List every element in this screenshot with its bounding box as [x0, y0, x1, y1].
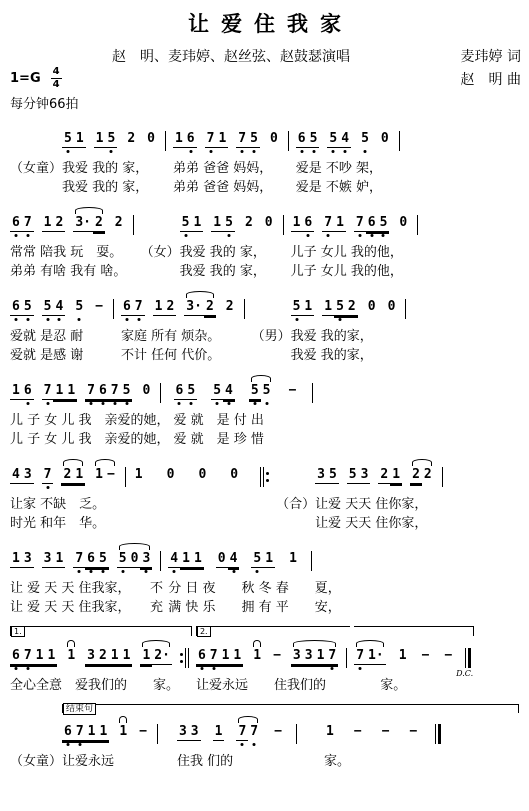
note: 0: [366, 299, 378, 314]
note: 3: [291, 648, 303, 663]
lyric-line: 我爱 我的家，: [252, 346, 410, 365]
measures-row: 67111−（女童）让爱永远33177−住我 们的1−−−家。: [10, 715, 525, 771]
note-group: 54: [42, 299, 66, 316]
measure: 1671750弟弟 爸爸 妈妈，弟弟 爸爸 妈妈，: [173, 122, 292, 197]
beam-group: 7: [354, 215, 366, 232]
beam-group: 51: [62, 131, 86, 148]
beam-group: 16: [291, 215, 315, 232]
note: 4: [168, 551, 180, 566]
note: 1: [291, 215, 303, 230]
note-group: 22: [410, 467, 434, 484]
low-octave-dot: [145, 570, 148, 573]
note-group: −: [407, 724, 419, 740]
barline: [260, 467, 269, 487]
beam-group: 2·: [152, 648, 172, 665]
note-group: 0: [140, 383, 152, 399]
note: 7: [42, 383, 54, 398]
note-group: 54: [327, 131, 351, 148]
note: −: [420, 648, 432, 663]
note: −: [380, 724, 392, 739]
beam-group: 7: [236, 724, 248, 741]
note: 0: [129, 551, 141, 566]
note-group: 67: [121, 299, 145, 316]
lyric-line: 爱是 不吵 架，: [296, 159, 403, 178]
low-octave-dot: [26, 402, 29, 405]
barline: [417, 215, 418, 235]
note-group: 1: [117, 724, 129, 740]
beam-group: 2: [224, 299, 236, 315]
tie-arc: [67, 640, 75, 647]
note: 2: [93, 215, 105, 230]
measures-row: 67123·22常常 陪我 玩 耍。弟弟 有啥 我有 啥。511520（女）我爱…: [10, 206, 525, 281]
note: 1: [287, 551, 299, 566]
note-group: 0: [397, 215, 409, 231]
note-group: 0: [263, 215, 275, 231]
note: 6: [366, 215, 378, 230]
note: 0: [196, 467, 208, 482]
note: 7: [354, 648, 366, 663]
lyric-line: （女童）我爱 我的 家，: [10, 159, 169, 178]
low-octave-dot: [358, 234, 361, 237]
beam-group: −: [352, 724, 364, 740]
measure: 655450爱是 不吵 架，爱是 不嫉 妒，: [296, 122, 403, 197]
note: 3: [22, 551, 34, 566]
performers: 赵 明、麦玮婷、赵丝弦、赵鼓瑟演唱: [112, 46, 350, 66]
note: 7: [109, 383, 121, 398]
credits-row-1: 赵 明、麦玮婷、赵丝弦、赵鼓瑟演唱 麦玮婷 词: [0, 46, 529, 66]
note: 3·: [184, 299, 204, 314]
note-group: 12·: [140, 648, 171, 665]
beam-group: 5: [211, 383, 223, 400]
note-group: 13: [10, 551, 34, 568]
barline: [160, 383, 161, 403]
note-group: 5: [359, 131, 371, 147]
beam-group: 65: [174, 383, 198, 400]
beam-group: 1: [324, 724, 336, 740]
measure: 437211−让家 不缺 乏。时光 和年 华。: [10, 458, 129, 533]
low-octave-dot: [253, 402, 256, 405]
note: −: [272, 724, 284, 739]
barline-stroke: [465, 648, 466, 668]
low-octave-dot: [232, 570, 235, 573]
barline: [165, 131, 166, 151]
low-octave-dot: [14, 234, 17, 237]
low-octave-dot: [327, 234, 330, 237]
note: 3: [315, 467, 327, 482]
note: −: [352, 724, 364, 739]
lyric-line: 家庭 所有 烦杂。: [121, 327, 248, 346]
notes-row: 511520: [141, 206, 287, 235]
note: −: [271, 648, 283, 663]
note-group: −: [352, 724, 364, 740]
barline-stroke: [442, 467, 443, 487]
beam-group: 11: [180, 551, 204, 568]
barline-stroke: [288, 131, 289, 151]
note-group: 71: [205, 131, 229, 148]
note-group: 15: [211, 215, 235, 232]
beam-group: 6711: [62, 724, 109, 741]
beam-group: 4: [223, 383, 235, 400]
beam-group: −: [272, 724, 284, 740]
note-group: 16: [173, 131, 197, 148]
note-group: −: [287, 383, 299, 399]
note: 1: [45, 648, 57, 663]
notes-row: 67123·22: [121, 290, 248, 319]
note: 1: [211, 215, 223, 230]
time-signature-top: 4: [51, 67, 62, 79]
note: 1: [74, 131, 86, 146]
beam-group: 3317: [291, 648, 338, 665]
note-group: −: [137, 724, 149, 740]
beam-group: 15: [94, 131, 118, 148]
barline: [160, 551, 161, 571]
notes-row: 1331765503: [10, 542, 164, 571]
note: 3·: [73, 215, 93, 230]
note: 0: [397, 215, 409, 230]
note: 6: [174, 383, 186, 398]
beam-group: 11: [53, 383, 77, 400]
note: 0: [165, 467, 177, 482]
note-group: 1: [213, 724, 225, 741]
note: 2: [243, 215, 255, 230]
lyric-line: 弟弟 爸爸 妈妈，: [173, 159, 292, 178]
low-octave-dot: [78, 743, 81, 746]
measure: 511520（女）我爱 我的 家， 我爱 我的 家，: [141, 206, 287, 281]
barline: [288, 131, 289, 151]
lyric-line: 爱就 是忍 耐: [10, 327, 117, 346]
note: 4: [10, 467, 22, 482]
note: −: [93, 299, 105, 314]
low-octave-dot: [90, 402, 93, 405]
barline-stroke: [244, 299, 245, 319]
note-group: 3211: [85, 648, 132, 665]
low-octave-dot: [90, 570, 93, 573]
barline-stroke: [312, 383, 313, 403]
system: 511520（女童）我爱 我的 家， 我爱 我的 家，1671750弟弟 爸爸 …: [10, 122, 525, 197]
note-group: −: [93, 299, 105, 315]
low-octave-dot: [200, 667, 203, 670]
note-group: 411: [168, 551, 203, 568]
note-group: 1: [324, 724, 336, 740]
repeat-dots: [266, 467, 269, 487]
beam-group: 1: [133, 467, 145, 483]
barline: D.C.: [465, 648, 471, 668]
beam-group: 5: [359, 131, 371, 147]
beam-group: 0: [165, 467, 177, 483]
low-octave-dot: [121, 570, 124, 573]
low-octave-dot: [66, 150, 69, 153]
beam-group: 6711: [10, 648, 57, 665]
note-group: 21: [378, 467, 402, 484]
lyric-line: （合）让爱 天天 住你家，: [276, 495, 446, 514]
lyric-line: 让 爱 天 天 住我家， 不: [10, 579, 164, 598]
note-group: 3·2: [73, 215, 104, 232]
header: 让爱住我家 赵 明、麦玮婷、赵丝弦、赵鼓瑟演唱 麦玮婷 词 1=G 4 4 每分…: [0, 0, 529, 112]
note: 2: [204, 299, 216, 314]
ending-bracket-label: 结束句: [63, 703, 96, 715]
measure: 71·1−−D.C. 家。: [354, 626, 474, 695]
note-group: 65: [296, 131, 320, 148]
low-octave-dot: [331, 667, 334, 670]
note: 7: [326, 648, 338, 663]
note: 5: [248, 131, 260, 146]
low-octave-dot: [216, 402, 219, 405]
note: 6: [10, 648, 22, 663]
notes-row: 1−−−: [324, 715, 444, 744]
note-group: 1−: [93, 467, 117, 483]
note-group: 0: [386, 299, 398, 315]
beam-group: 54: [327, 131, 351, 148]
beam-group: 5: [249, 383, 261, 400]
repeat-dot: [266, 472, 269, 475]
low-octave-dot: [295, 318, 298, 321]
note: 1: [397, 648, 409, 663]
repeat-dots: [180, 648, 183, 668]
low-octave-dot: [46, 318, 49, 321]
note: 1: [315, 648, 327, 663]
lyricist: 麦玮婷 词: [461, 46, 521, 66]
low-octave-dot: [46, 402, 49, 405]
notes-row: 1000: [133, 458, 272, 487]
low-octave-dot: [209, 150, 212, 153]
barline-stroke: [133, 215, 134, 235]
key-line: 1=G 4 4: [10, 67, 79, 90]
note-group: 54: [211, 383, 235, 400]
barline-stroke: [260, 467, 261, 487]
note: 5: [121, 383, 133, 398]
beam-group: 5: [261, 383, 273, 399]
note: 1: [180, 551, 192, 566]
lyric-line: （女）我爱 我的 家，: [141, 243, 287, 262]
notes-row: 655450: [296, 122, 403, 151]
note-group: 15: [94, 131, 118, 148]
barline-stroke: [435, 724, 436, 744]
lyric-line: 我爱 我的 家，: [141, 262, 287, 281]
note: 2: [346, 299, 358, 314]
note-group: 04: [216, 551, 240, 568]
low-octave-dot: [382, 234, 385, 237]
lyric-line: 爱就 是感 谢: [10, 346, 117, 365]
barline: [405, 299, 406, 319]
measure: 35532122（合）让爱 天天 住你家， 让爱 天天 住你家，: [276, 458, 446, 533]
note: 0: [216, 551, 228, 566]
measures-row: 65545−爱就 是忍 耐爱就 是感 谢67123·22家庭 所有 烦杂。不计 …: [10, 290, 525, 365]
note-group: 3317: [291, 648, 338, 665]
note: 2: [410, 467, 422, 482]
beam-group: −: [137, 724, 149, 740]
low-octave-dot: [363, 150, 366, 153]
low-octave-dot: [338, 318, 341, 321]
low-octave-dot: [26, 667, 29, 670]
note: 7: [73, 551, 85, 566]
measure: 41104511分 日 夜 秋 冬 春 夏，满 快 乐 拥 有 平 安，: [168, 542, 341, 617]
note-group: 2: [125, 131, 137, 147]
note: 1: [94, 131, 106, 146]
beam-group: 1: [251, 648, 263, 664]
note-group: 0: [145, 131, 157, 147]
measure: 2.67111−3317让爱永远 住我们的: [196, 626, 350, 695]
low-octave-dot: [26, 234, 29, 237]
beam-group: 1: [287, 551, 299, 567]
low-octave-dot: [125, 318, 128, 321]
note: 1: [220, 648, 232, 663]
beam-group: 7675: [85, 383, 132, 400]
barline: [346, 648, 347, 668]
note-group: 12: [42, 215, 66, 232]
note: 1: [34, 648, 46, 663]
note-group: 65: [174, 383, 198, 400]
measures-row: 1671176750儿 子 女 儿 我 亲爱的她，儿 子 女 儿 我 亲爱的她，…: [10, 374, 525, 449]
note: 5: [359, 131, 371, 146]
time-signature: 4 4: [51, 67, 62, 90]
low-octave-dot: [78, 570, 81, 573]
barline: [244, 299, 245, 319]
beam-group: 4: [168, 551, 180, 568]
notes-row: 67111321112·: [10, 639, 192, 668]
beam-group: 3211: [85, 648, 132, 665]
note: −: [442, 648, 454, 663]
beam-group: 21: [61, 467, 85, 484]
low-octave-dot: [14, 667, 17, 670]
key-tempo-block: 1=G 4 4 每分钟66拍: [10, 67, 79, 112]
lyric-line: 儿 子 女 儿 我 亲爱的她，: [10, 411, 170, 430]
note-group: 6711: [62, 724, 109, 741]
tempo-marking: 每分钟66拍: [10, 93, 79, 112]
note: −: [137, 724, 149, 739]
tie-arc: [293, 640, 336, 647]
beam-group: 6711: [196, 648, 243, 665]
low-octave-dot: [228, 234, 231, 237]
beam-group: 2: [243, 215, 255, 231]
note-group: 152: [322, 299, 357, 316]
system: 1.67111321112·全心全意 爱我们的 家。2.67111−3317让爱…: [10, 626, 525, 695]
note: 7: [248, 724, 260, 739]
beam-group: 7: [248, 724, 260, 740]
beam-group: 71·: [354, 648, 385, 665]
low-octave-dot: [26, 318, 29, 321]
measure: 1671176750儿 子 女 儿 我 亲爱的她，儿 子 女 儿 我 亲爱的她，: [10, 374, 170, 449]
note: 2: [97, 648, 109, 663]
beam-group: 1: [117, 724, 129, 740]
beam-group: −: [420, 648, 432, 664]
barline-stroke: [113, 299, 114, 319]
note: 1: [324, 724, 336, 739]
system: 67123·22常常 陪我 玩 耍。弟弟 有啥 我有 啥。511520（女）我爱…: [10, 206, 525, 281]
note-group: 0: [366, 299, 378, 315]
low-octave-dot: [113, 402, 116, 405]
note: 0: [386, 299, 398, 314]
beam-group: 2: [93, 215, 105, 232]
note-group: 2: [224, 299, 236, 315]
note: 0: [140, 383, 152, 398]
measure: 655455−爱 就 是 付 出爱 就 是 珍 惜: [174, 374, 317, 449]
beam-group: 1: [93, 467, 105, 483]
note: 1·: [366, 648, 386, 663]
low-octave-dot: [359, 667, 362, 670]
barline-stroke: [165, 131, 166, 151]
note: 1: [153, 299, 165, 314]
low-octave-dot: [265, 402, 268, 405]
note: 5: [211, 383, 223, 398]
note-group: 67: [10, 215, 34, 232]
beam-group: 65: [10, 299, 34, 316]
note-group: 503: [117, 551, 152, 568]
beam-group: 12: [42, 215, 66, 232]
low-octave-dot: [344, 150, 347, 153]
lyric-line: 弟弟 爸爸 妈妈，: [173, 178, 292, 197]
barline-stroke-thick: [468, 648, 471, 668]
volta-bracket: [354, 626, 474, 636]
beam-group: 52: [334, 299, 358, 316]
note: 0: [268, 131, 280, 146]
barline: [113, 299, 114, 319]
beam-group: 71: [205, 131, 229, 148]
note: 7: [22, 648, 34, 663]
low-octave-dot: [101, 402, 104, 405]
beam-group: 2: [204, 299, 216, 316]
low-octave-dot: [110, 150, 113, 153]
note: 6: [185, 131, 197, 146]
note: 7: [205, 131, 217, 146]
note-group: 33: [177, 724, 201, 741]
note: 6: [62, 724, 74, 739]
note-group: 51: [62, 131, 86, 148]
note: 1: [93, 467, 105, 482]
tie-arc: [251, 375, 271, 382]
note-group: 75: [236, 131, 260, 148]
note: 1: [53, 551, 65, 566]
note: 1: [213, 724, 225, 739]
note: 5: [347, 467, 359, 482]
note: 1: [73, 467, 85, 482]
barline-stroke: [283, 215, 284, 235]
low-octave-dot: [241, 743, 244, 746]
volta-label: 2.: [197, 626, 211, 637]
note-group: 0: [196, 467, 208, 483]
system: 结束句67111−（女童）让爱永远33177−住我 们的1−−−家。: [10, 704, 525, 771]
beam-group: 65: [296, 131, 320, 148]
note: 5: [223, 215, 235, 230]
note: 7: [208, 648, 220, 663]
note-group: 16: [10, 383, 34, 400]
measure: 33177−住我 们的: [177, 715, 300, 771]
note: 1: [390, 467, 402, 482]
note-group: 6711: [196, 648, 243, 665]
note: 1: [251, 648, 263, 663]
note-group: 711: [42, 383, 77, 400]
notes-row: 1671750: [173, 122, 292, 151]
low-octave-dot: [253, 743, 256, 746]
note: 7: [74, 724, 86, 739]
note: 5: [62, 131, 74, 146]
beam-group: 0: [216, 551, 228, 568]
low-octave-dot: [101, 570, 104, 573]
note: 5: [291, 299, 303, 314]
beam-group: 1: [65, 648, 77, 664]
low-octave-dot: [256, 570, 259, 573]
barline-stroke: [188, 648, 189, 668]
note: 1: [65, 648, 77, 663]
notes-row: 67123·22: [10, 206, 137, 235]
beam-group: 0: [366, 299, 378, 315]
note: 2: [61, 467, 73, 482]
note: 5: [261, 383, 273, 398]
beam-group: 1: [140, 648, 152, 665]
beam-group: 51: [291, 299, 315, 316]
note: 1: [192, 551, 204, 566]
system: 437211−让家 不缺 乏。时光 和年 华。100035532122（合）让爱…: [10, 458, 525, 533]
low-octave-dot: [184, 234, 187, 237]
